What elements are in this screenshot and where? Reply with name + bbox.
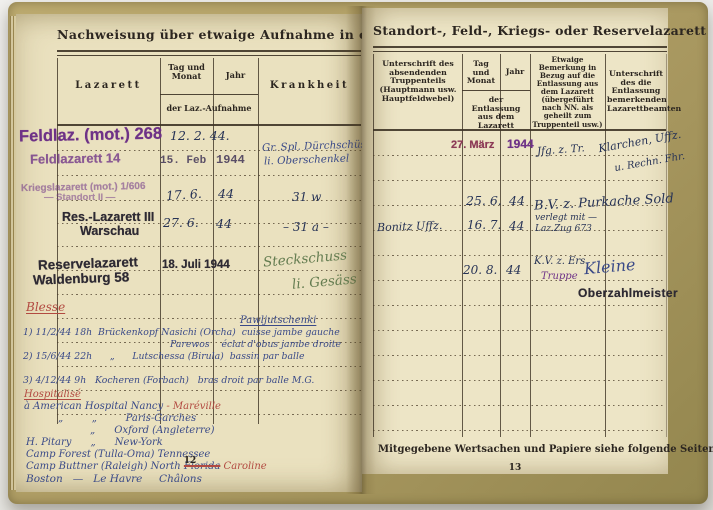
note-blesse: Blesse — [26, 301, 65, 314]
note-pawljutschenki: Pawljutschenki — [240, 315, 316, 326]
right-page-footer: Mitgegebene Wertsachen und Papiere siehe… — [378, 444, 662, 455]
hospital-note-6-main: Camp Buttner (Raleigh) North — [26, 461, 184, 472]
date-stamp-5: 18. Juli 1944 — [162, 259, 230, 272]
column-header-tag-monat: Tag und Monat — [161, 63, 212, 81]
hospital-note-3: „ Oxford (Angleterre) — [90, 425, 215, 436]
discharge-year-4: 44 — [506, 264, 521, 277]
right-page-title: Standort-, Feld-, Kriegs- oder Reservela… — [373, 24, 667, 38]
dotted-rule — [373, 379, 666, 381]
hospital-note-1-mareville: - Maréville — [166, 401, 221, 412]
admission-date-1: 12. 2. 44. — [170, 129, 230, 143]
hospital-note-7: Boston — Le Havre Châlons — [26, 474, 202, 486]
discharge-remark-3-line2: Laz.Zug 673 — [535, 224, 592, 234]
hospital-note-6-caroline: Caroline — [220, 461, 266, 472]
illness-note-3: 31 w — [292, 191, 321, 204]
hospital-stamp-reslazarett-warschau-line2: Warschau — [80, 224, 139, 238]
admission-day-4: 27. 6. — [163, 216, 199, 230]
hospital-stamp-kriegslazarett-line2: — Standort II — — [44, 193, 115, 204]
column-subheader-aufnahme: der Laz.-Aufnahme — [160, 104, 258, 113]
right-page-number: 13 — [503, 463, 527, 473]
date-stamp-day-2: 15. Feb — [160, 155, 206, 167]
discharge-day-2: 25. 6. — [466, 194, 502, 208]
column-header-bemerkung: Etwaige Bemerkung in Bezug auf die Entla… — [532, 56, 603, 129]
discharge-date-stamp-day-1: 27. März — [451, 139, 494, 151]
title-rule-thick-left — [57, 50, 361, 52]
dotted-rule — [373, 179, 666, 181]
photo-background: Nachweisung über etwaige Aufnahme in ein… — [0, 0, 713, 510]
note-hospitalise: Hospitalisé — [24, 389, 81, 400]
troop-signature-3: Bonitz Uffz. — [377, 220, 443, 235]
left-page-title: Nachweisung über etwaige Aufnahme in ein — [57, 28, 361, 42]
hospital-stamp-feldlazarett-14: Feldlazarett 14 — [30, 151, 121, 167]
hospital-note-2: „ „ Paris-Garches — [58, 413, 196, 424]
dotted-rule — [57, 174, 361, 176]
discharge-remark-3-line1: verlegt mit — — [535, 213, 597, 223]
discharge-day-3: 16. 7. — [467, 219, 501, 232]
dotted-rule — [57, 365, 361, 367]
title-rule-thin-left — [57, 55, 361, 56]
hospital-note-1-main: à American Hospital Nancy — [24, 401, 166, 412]
date-stamp-year-2: 1944 — [216, 154, 245, 167]
discharge-day-4: 20. 8. — [463, 264, 497, 277]
title-rule-thick-right — [373, 46, 667, 48]
dotted-rule — [57, 389, 361, 391]
illness-note-4: – 31 a – — [283, 221, 329, 234]
admission-day-3: 17. 6. — [166, 187, 203, 203]
wound-note-2: 2) 15/6/44 22h „ Lutschessa (Birula) bas… — [23, 352, 305, 362]
admission-year-4: 44 — [216, 217, 232, 231]
column-header-unterschrift-absendend: Unterschrift des absendenden Truppenteil… — [376, 60, 460, 104]
hospital-stamp-reslazarett-warschau-line1: Res.-Lazarett III — [62, 210, 154, 224]
wound-note-3: 3) 4/12/44 9h Kocheren (Forbach) bras dr… — [23, 376, 314, 386]
header-subdivider — [160, 94, 258, 95]
note-parewos: Parewos éclat d'obus jambe droite — [170, 340, 341, 350]
column-header-unterschrift-lazarettbeamten: Unterschrift des die Entlassung bemerken… — [607, 70, 665, 114]
left-page-number: 12 — [178, 456, 202, 466]
rank-stamp-oberzahlmeister: Oberzahlmeister — [578, 287, 678, 300]
dotted-rule — [373, 279, 666, 281]
header-subdivider-right — [462, 90, 530, 91]
discharge-year-2: 44 — [509, 194, 525, 208]
table-border-left — [57, 58, 58, 424]
dotted-rule — [57, 245, 361, 247]
column-divider — [258, 58, 259, 424]
discharge-remark-4-line2: Truppe — [541, 271, 578, 282]
dotted-rule — [373, 354, 666, 356]
title-rule-thin-right — [373, 51, 667, 52]
dotted-rule — [373, 304, 666, 306]
column-subheader-entlassung: der Entlassung aus dem Lazarett — [464, 96, 528, 131]
dotted-rule — [373, 329, 666, 331]
wound-note-1: 1) 11/2/44 18h Brückenkopf Nasichi (Orch… — [23, 328, 340, 338]
hospital-note-1: à American Hospital Nancy - Maréville — [24, 401, 221, 412]
discharge-remark-4-line1: K.V. z. Ers. — [534, 256, 589, 267]
dotted-rule — [373, 154, 666, 156]
column-header-tag-monat-right: Tag und Monat — [464, 60, 498, 86]
column-header-jahr-right: Jahr — [501, 68, 529, 77]
column-header-lazarett: Lazarett — [57, 80, 160, 91]
hospital-stamp-feldlaz-268: Feldlaz. (mot.) 268 — [19, 125, 162, 146]
dotted-rule — [373, 429, 666, 431]
book-gutter-shadow — [346, 6, 376, 494]
admission-year-3: 44 — [218, 187, 234, 201]
discharge-year-3: 44 — [509, 220, 524, 233]
discharge-date-stamp-year-1: 1944 — [507, 138, 534, 151]
dotted-rule — [57, 293, 361, 295]
hospital-note-4: H. Pitary „ New-York — [26, 437, 163, 448]
column-header-jahr: Jahr — [214, 71, 257, 80]
hospital-note-6: Camp Buttner (Raleigh) North Florida Car… — [26, 461, 267, 472]
dotted-rule — [373, 404, 666, 406]
